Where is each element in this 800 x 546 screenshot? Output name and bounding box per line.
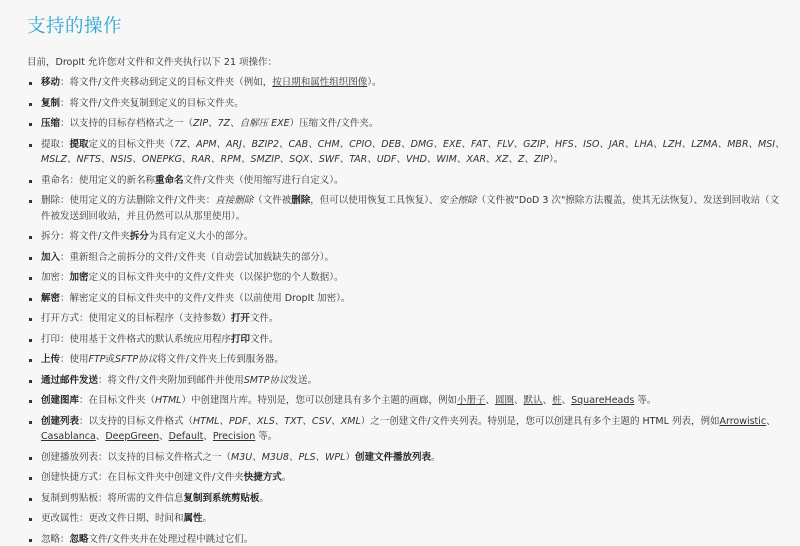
description-text: 发送。 [288,375,317,386]
operation-item: 加入：重新组合之前拆分的文件/文件夹（自动尝试加载缺失的部分）。 [27,250,786,266]
help-page: 支持的操作 目前，DropIt 允许您对文件和文件夹执行以下 21 项操作： 移… [0,0,800,546]
operation-item: 打开方式：使用定义的目标程序（支持参数）打开文件。 [27,311,786,327]
description-text: （文件被 [253,195,291,206]
description-text: 。 [260,493,270,504]
example-link[interactable]: 小册子 [457,395,486,406]
emphasis-text: 创建文件播放列表 [355,452,431,463]
operation-label: 加入 [41,252,60,263]
example-link[interactable]: SquareHeads [571,395,634,406]
operation-item: 重命名：使用定义的新名称重命名文件/文件夹（使用缩写进行自定义）。 [27,173,786,189]
description-text: 定义的目标文件夹中的文件/文件夹（以保护您的个人数据）。 [89,272,344,283]
description-text: ）之一创建文件/文件夹列表。特别是，您可以创建具有多个主题的 HTML 列表，例… [361,416,720,427]
description-text: ：以支持的目标文件格式（ [79,416,193,427]
operation-label: 创建列表 [41,416,79,427]
description-text: ：将文件/文件夹附加到邮件并使用 [98,375,244,386]
operation-item: 复制到剪贴板：将所需的文件信息复制到系统剪贴板。 [27,491,786,507]
operation-label: 删除 [41,195,60,206]
example-link[interactable]: 按日期和属性组织图像 [272,77,367,88]
description-text: 、 [514,395,524,406]
description-text: 等。 [634,395,656,406]
operation-item: 复制：将文件/文件夹复制到定义的目标文件夹。 [27,96,786,112]
description-text: ，但可以使用恢复工具恢复）、 [310,195,438,206]
description-text: 文件/文件夹并在处理过程中跳过它们。 [89,534,254,545]
operation-item: 打印：使用基于文件格式的默认系统应用程序打印文件。 [27,332,786,348]
operation-item: 删除：使用定义的方法删除文件/文件夹：直接删除（文件被删除，但可以使用恢复工具恢… [27,193,786,224]
intro-text: 目前，DropIt 允许您对文件和文件夹执行以下 21 项操作： [27,56,800,70]
description-text: ）压缩文件/文件夹。 [290,118,379,129]
emphasis-text: 忽略 [70,534,89,545]
example-link[interactable]: DeepGreen [105,431,159,442]
description-text: 、 [766,416,776,427]
example-link[interactable]: Casablanca [41,431,96,442]
operation-item: 创建列表：以支持的目标文件格式（HTML、PDF、XLS、TXT、CSV、XML… [27,414,786,445]
operation-label: 复制 [41,98,60,109]
operation-label: 忽略 [41,534,60,545]
operation-label: 移动 [41,77,60,88]
description-text: ：使用定义的新名称 [70,175,156,186]
example-link[interactable]: 桩 [552,395,562,406]
emphasis-text: 快捷方式 [244,472,282,483]
emphasis-text: 删除 [291,195,310,206]
operation-item: 解密：解密定义的目标文件夹中的文件/文件夹（以前使用 DropIt 加密）。 [27,291,786,307]
description-text: 。 [282,472,292,483]
operation-item: 上传：使用FTP或SFTP协议将文件/文件夹上传到服务器。 [27,352,786,368]
operation-label: 打印 [41,334,60,345]
description-text: ）。 [367,77,381,88]
description-text: 、 [562,395,572,406]
description-text: ：在目标文件夹（ [79,395,155,406]
operation-label: 通过邮件发送 [41,375,98,386]
operation-item: 提取：提取定义的目标文件夹（7Z、APM、ARJ、BZIP2、CAB、CHM、C… [27,137,786,168]
description-text: 、 [96,431,106,442]
example-link[interactable]: Precision [213,431,255,442]
description-text: ：以支持的目标存档格式之一（ [60,118,193,129]
description-text: ：在目标文件夹中创建文件/文件夹 [98,472,244,483]
operation-label: 提取 [41,139,60,150]
format-list-text: SFTP协议 [115,354,157,365]
description-text: ：以支持的目标文件格式之一（ [98,452,231,463]
description-text: ： [60,139,70,150]
description-text: ：更改文件日期、时间和 [79,513,184,524]
description-text: ：将文件/文件夹移动到定义的目标文件夹（例如， [60,77,272,88]
description-text: 。 [203,513,213,524]
operation-item: 加密：加密定义的目标文件夹中的文件/文件夹（以保护您的个人数据）。 [27,270,786,286]
operation-label: 创建图库 [41,395,79,406]
example-link[interactable]: Default [169,431,204,442]
description-text: 将文件/文件夹上传到服务器。 [157,354,284,365]
emphasis-text: 提取 [70,139,89,150]
description-text: 、 [203,431,213,442]
description-text: ：解密定义的目标文件夹中的文件/文件夹（以前使用 DropIt 加密）。 [60,293,350,304]
operation-item: 拆分：将文件/文件夹拆分为具有定义大小的部分。 [27,229,786,245]
description-text: ）。 [549,154,563,165]
description-text: 为具有定义大小的部分。 [149,231,254,242]
format-list-text: 直接删除 [215,195,253,206]
operation-label: 拆分 [41,231,60,242]
format-list-text: SMTP协议 [244,375,289,386]
description-text: 、 [543,395,553,406]
operation-item: 忽略：忽略文件/文件夹并在处理过程中跳过它们。 [27,532,786,546]
description-text: 文件。 [250,313,279,324]
operation-label: 更改属性 [41,513,79,524]
format-list-text: HTML、PDF、XLS、TXT、CSV、XML [193,416,361,427]
operation-label: 创建播放列表 [41,452,98,463]
description-text: 文件/文件夹（使用缩写进行自定义）。 [184,175,344,186]
format-list-text: FTP [89,354,106,365]
emphasis-text: 属性 [184,513,203,524]
description-text: 、 [486,395,496,406]
description-text: ： [60,534,70,545]
description-text: 。 [431,452,441,463]
description-text: ：使用定义的目标程序（支持参数） [79,313,231,324]
description-text: ：将文件/文件夹 [60,231,130,242]
example-link[interactable]: Arrowistic [719,416,766,427]
operation-item: 通过邮件发送：将文件/文件夹附加到邮件并使用SMTP协议发送。 [27,373,786,389]
description-text: 或 [106,354,116,365]
description-text: ：使用基于文件格式的默认系统应用程序 [60,334,231,345]
operation-label: 加密 [41,272,60,283]
operation-label: 解密 [41,293,60,304]
operation-label: 打开方式 [41,313,79,324]
format-list-text: HTML [155,395,181,406]
example-link[interactable]: 圆圈 [495,395,514,406]
description-text: 、 [159,431,169,442]
emphasis-text: 拆分 [130,231,149,242]
description-text: 等。 [255,431,277,442]
operation-item: 移动：将文件/文件夹移动到定义的目标文件夹（例如，按日期和属性组织图像）。 [27,75,786,91]
description-text: 定义的目标文件夹（ [89,139,175,150]
operation-item: 创建播放列表：以支持的目标文件格式之一（M3U、M3U8、PLS、WPL）创建文… [27,450,786,466]
emphasis-text: 打开 [231,313,250,324]
operation-label: 上传 [41,354,60,365]
description-text: ：重新组合之前拆分的文件/文件夹（自动尝试加载缺失的部分）。 [60,252,334,263]
emphasis-text: 重命名 [155,175,184,186]
description-text: 文件。 [250,334,279,345]
operation-item: 更改属性：更改文件日期、时间和属性。 [27,511,786,527]
operation-label: 创建快捷方式 [41,472,98,483]
emphasis-text: 加密 [70,272,89,283]
operation-item: 创建图库：在目标文件夹（HTML）中创建图片库。特别是，您可以创建具有多个主题的… [27,393,786,409]
page-title: 支持的操作 [27,0,800,42]
description-text: ：将所需的文件信息 [98,493,184,504]
description-text: ）中创建图片库。特别是，您可以创建具有多个主题的画廊，例如 [181,395,457,406]
operation-label: 复制到剪贴板 [41,493,98,504]
format-list-text: 安全擦除 [439,195,477,206]
format-list-text: M3U、M3U8、PLS、WPL [231,452,345,463]
emphasis-text: 复制到系统剪贴板 [184,493,260,504]
operations-list: 移动：将文件/文件夹移动到定义的目标文件夹（例如，按日期和属性组织图像）。复制：… [27,75,800,546]
description-text: ：使用定义的方法删除文件/文件夹： [60,195,215,206]
description-text: ：将文件/文件夹复制到定义的目标文件夹。 [60,98,244,109]
emphasis-text: 打印 [231,334,250,345]
operation-label: 压缩 [41,118,60,129]
description-text: ：使用 [60,354,89,365]
example-link[interactable]: 默认 [524,395,543,406]
operation-item: 压缩：以支持的目标存档格式之一（ZIP、7Z、自解压 EXE）压缩文件/文件夹。 [27,116,786,132]
operation-label: 重命名 [41,175,70,186]
description-text: ） [345,452,355,463]
format-list-text: ZIP、7Z、自解压 EXE [193,118,290,129]
operation-item: 创建快捷方式：在目标文件夹中创建文件/文件夹快捷方式。 [27,470,786,486]
description-text: ： [60,272,70,283]
